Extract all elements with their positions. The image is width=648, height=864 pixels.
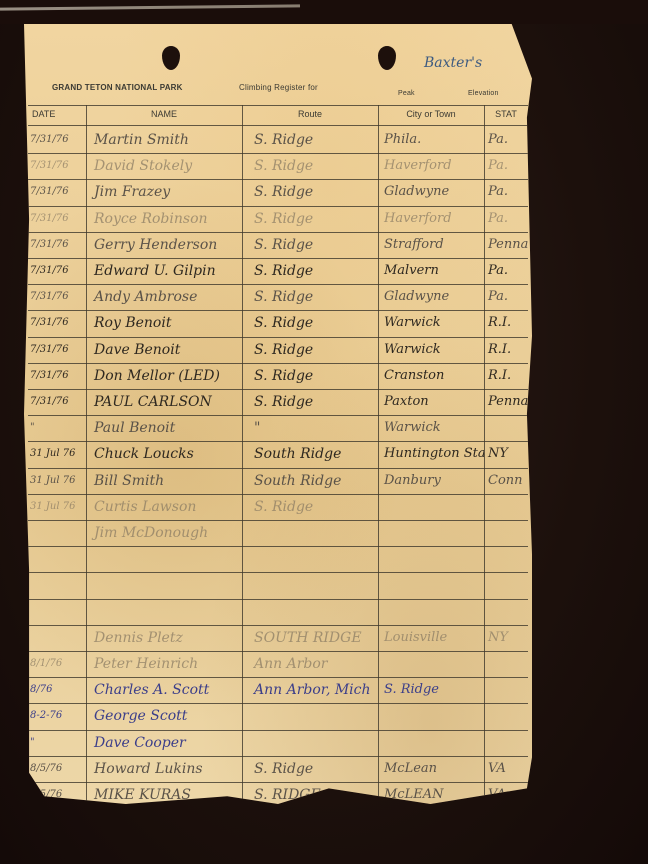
cell-city: Malvern xyxy=(380,260,484,282)
cell-route xyxy=(244,732,382,754)
header-bottom-line xyxy=(28,125,528,126)
cell-city: McLean xyxy=(380,758,484,780)
cell-route: S. Ridge xyxy=(244,758,382,780)
cell-state: R.I. xyxy=(486,339,532,361)
table-row: 7/31/76Edward U. GilpinS. RidgeMalvernPa… xyxy=(28,258,528,284)
table-row: 31 Jul 76Curtis LawsonS. Ridge xyxy=(28,494,528,520)
cell-city: Warwick xyxy=(380,339,484,361)
cell-state xyxy=(486,574,532,596)
table-row: 8/76Charles A. ScottAnn Arbor, MichS. Ri… xyxy=(28,677,528,703)
cell-city: Cranston xyxy=(380,365,484,387)
cell-city: Gladwyne xyxy=(380,181,484,203)
cell-state: Pa. xyxy=(486,286,532,308)
cell-date: " xyxy=(30,732,82,754)
cell-name: Jim Frazey xyxy=(88,181,242,203)
cell-state xyxy=(486,732,532,754)
table-row: 31 Jul 76Bill SmithSouth RidgeDanburyCon… xyxy=(28,468,528,494)
table-row: 7/31/76Roy BenoitS. RidgeWarwickR.I. xyxy=(28,310,528,336)
cell-city xyxy=(380,732,484,754)
cell-name: Chuck Loucks xyxy=(88,443,242,465)
cell-state: Pa. xyxy=(486,208,532,230)
cell-date: 7/31/76 xyxy=(30,312,82,334)
cell-city: Huntington Sta xyxy=(380,443,484,465)
park-title: GRAND TETON NATIONAL PARK xyxy=(52,83,183,92)
table-row: "Paul Benoit"Warwick xyxy=(28,415,528,441)
cell-name: George Scott xyxy=(88,705,242,727)
cell-route: S. Ridge xyxy=(244,365,382,387)
peak-label: Peak xyxy=(398,90,415,97)
punch-hole-icon xyxy=(162,46,180,70)
cell-date: 31 Jul 76 xyxy=(30,443,82,465)
cell-route: " xyxy=(244,417,382,439)
cell-name: Paul Benoit xyxy=(88,417,242,439)
cell-date: 8/5/76 xyxy=(30,758,82,780)
table-row: 8-2-76George Scott xyxy=(28,703,528,729)
cell-state: NY xyxy=(486,627,532,649)
row-divider xyxy=(28,808,528,809)
cell-route: South Ridge xyxy=(244,443,382,465)
cell-route: S. Ridge xyxy=(244,181,382,203)
register-label: Climbing Register for xyxy=(239,83,318,92)
cell-state xyxy=(486,705,532,727)
cell-city xyxy=(380,548,484,570)
cell-date: 7/31/76 xyxy=(30,365,82,387)
table-row: 7/31/76Andy AmbroseS. RidgeGladwynePa. xyxy=(28,284,528,310)
cell-date: 7/31/76 xyxy=(30,260,82,282)
cell-date: 7/31/76 xyxy=(30,234,82,256)
cell-name xyxy=(88,548,242,570)
cell-date: 8-2-76 xyxy=(30,705,82,727)
cell-state: Conn xyxy=(486,470,532,492)
header-name: NAME xyxy=(86,109,242,119)
cell-route xyxy=(244,522,382,544)
cell-city: McLEAN xyxy=(380,784,484,806)
cell-date: 7/31/76 xyxy=(30,286,82,308)
cell-city xyxy=(380,705,484,727)
cell-state: VA xyxy=(486,758,532,780)
cell-route: S. Ridge xyxy=(244,312,382,334)
cell-date: 7/31/76 xyxy=(30,339,82,361)
cell-route: Ann Arbor, Mich xyxy=(244,679,382,701)
table-row: 8/5/76MIKE KURASS. RIDGEMcLEANVA xyxy=(28,782,528,808)
table-row: 8/5/76Howard LukinsS. RidgeMcLeanVA xyxy=(28,756,528,782)
cell-city xyxy=(380,574,484,596)
cell-route: South Ridge xyxy=(244,470,382,492)
elevation-label: Elevation xyxy=(468,90,499,97)
cell-name: Royce Robinson xyxy=(88,208,242,230)
cell-name: David Stokely xyxy=(88,155,242,177)
cell-city: Warwick xyxy=(380,312,484,334)
cell-date xyxy=(30,601,82,623)
cell-date: 7/31/76 xyxy=(30,129,82,151)
cell-name: Charles A. Scott xyxy=(88,679,242,701)
peak-name-handwritten: Baxter's xyxy=(424,55,482,71)
table-row: 7/31/76David StokelyS. RidgeHaverfordPa. xyxy=(28,153,528,179)
cell-city: Warwick xyxy=(380,417,484,439)
header-route: Route xyxy=(242,109,378,119)
cell-name: Martin Smith xyxy=(88,129,242,151)
cell-name: Roy Benoit xyxy=(88,312,242,334)
cell-name xyxy=(88,574,242,596)
cell-state xyxy=(486,653,532,675)
cell-name: Gerry Henderson xyxy=(88,234,242,256)
cell-route: S. Ridge xyxy=(244,391,382,413)
cell-route xyxy=(244,548,382,570)
cell-city: Paxton xyxy=(380,391,484,413)
cell-state: R.I. xyxy=(486,365,532,387)
cell-state xyxy=(486,548,532,570)
cell-date xyxy=(30,627,82,649)
cell-state: Pa. xyxy=(486,260,532,282)
cell-state: Pa. xyxy=(486,155,532,177)
table-row: Jim McDonough xyxy=(28,520,528,546)
cell-date xyxy=(30,522,82,544)
cell-route xyxy=(244,601,382,623)
cell-route: S. Ridge xyxy=(244,260,382,282)
cell-city xyxy=(380,496,484,518)
cell-route: S. RIDGE xyxy=(244,784,382,806)
table-row: 7/31/76PAUL CARLSONS. RidgePaxtonPenna xyxy=(28,389,528,415)
cell-route: S. Ridge xyxy=(244,129,382,151)
cell-name xyxy=(88,601,242,623)
cell-name: Peter Heinrich xyxy=(88,653,242,675)
cell-city: S. Ridge xyxy=(380,679,484,701)
loose-thread xyxy=(0,4,300,10)
cell-name: Andy Ambrose xyxy=(88,286,242,308)
cell-route: S. Ridge xyxy=(244,496,382,518)
cell-city: Danbury xyxy=(380,470,484,492)
cell-name: Dave Benoit xyxy=(88,339,242,361)
cell-state xyxy=(486,522,532,544)
cell-state xyxy=(486,496,532,518)
cell-city: Louisville xyxy=(380,627,484,649)
cell-city: Strafford xyxy=(380,234,484,256)
climbing-register-sheet: GRAND TETON NATIONAL PARK Climbing Regis… xyxy=(24,24,532,804)
table-row: 7/31/76Don Mellor (LED)S. RidgeCranstonR… xyxy=(28,363,528,389)
cell-route: S. Ridge xyxy=(244,234,382,256)
cell-city xyxy=(380,653,484,675)
cell-name: Edward U. Gilpin xyxy=(88,260,242,282)
cell-state: Penna xyxy=(486,234,532,256)
cell-date: 7/31/76 xyxy=(30,208,82,230)
cell-name: Bill Smith xyxy=(88,470,242,492)
cell-city: Haverford xyxy=(380,208,484,230)
cell-date xyxy=(30,574,82,596)
cell-date: " xyxy=(30,417,82,439)
table-row: "Dave Cooper xyxy=(28,730,528,756)
table-row xyxy=(28,599,528,625)
cell-route: S. Ridge xyxy=(244,208,382,230)
cell-state xyxy=(486,417,532,439)
cell-name: Jim McDonough xyxy=(88,522,242,544)
register-table: DATE NAME Route City or Town STAT 7/31/7… xyxy=(28,105,528,805)
cell-city: Gladwyne xyxy=(380,286,484,308)
table-row: 31 Jul 76Chuck LoucksSouth RidgeHuntingt… xyxy=(28,441,528,467)
table-row: 8/1/76Peter HeinrichAnn Arbor xyxy=(28,651,528,677)
cell-state: Penna xyxy=(486,391,532,413)
cell-name: Howard Lukins xyxy=(88,758,242,780)
header-date: DATE xyxy=(28,109,90,119)
table-row: 7/31/76Dave BenoitS. RidgeWarwickR.I. xyxy=(28,337,528,363)
cell-route: SOUTH RIDGE xyxy=(244,627,382,649)
cell-city: Haverford xyxy=(380,155,484,177)
table-row: Dennis PletzSOUTH RIDGELouisvilleNY xyxy=(28,625,528,651)
cell-name: Dennis Pletz xyxy=(88,627,242,649)
table-row: 7/31/76Jim FrazeyS. RidgeGladwynePa. xyxy=(28,179,528,205)
cell-date: 31 Jul 76 xyxy=(30,470,82,492)
cell-date: 31 Jul 76 xyxy=(30,496,82,518)
cell-name: Don Mellor (LED) xyxy=(88,365,242,387)
cell-name: Dave Cooper xyxy=(88,732,242,754)
table-row: 7/31/76Gerry HendersonS. RidgeStraffordP… xyxy=(28,232,528,258)
cell-route xyxy=(244,574,382,596)
cell-state: R.I. xyxy=(486,312,532,334)
cell-date: 8/5/76 xyxy=(30,784,82,806)
cell-state: Pa. xyxy=(486,181,532,203)
cell-date: 7/31/76 xyxy=(30,155,82,177)
header-city: City or Town xyxy=(378,109,484,119)
cell-city xyxy=(380,601,484,623)
table-row xyxy=(28,546,528,572)
cell-route: S. Ridge xyxy=(244,286,382,308)
cell-city xyxy=(380,522,484,544)
cell-route: S. Ridge xyxy=(244,155,382,177)
cell-date: 7/31/76 xyxy=(30,181,82,203)
cell-date: 8/1/76 xyxy=(30,653,82,675)
cell-name: Curtis Lawson xyxy=(88,496,242,518)
table-row: 7/31/76Martin SmithS. RidgePhila.Pa. xyxy=(28,127,528,153)
cell-state: Pa. xyxy=(486,129,532,151)
cell-date xyxy=(30,548,82,570)
cell-date: 8/76 xyxy=(30,679,82,701)
cell-state: NY xyxy=(486,443,532,465)
cell-route xyxy=(244,705,382,727)
cell-state: VA xyxy=(486,784,532,806)
cell-state xyxy=(486,679,532,701)
cell-date: 7/31/76 xyxy=(30,391,82,413)
header-state: STAT xyxy=(484,109,528,119)
cell-route: S. Ridge xyxy=(244,339,382,361)
table-row: 7/31/76Royce RobinsonS. RidgeHaverfordPa… xyxy=(28,206,528,232)
cell-name: PAUL CARLSON xyxy=(88,391,242,413)
cell-route: Ann Arbor xyxy=(244,653,382,675)
header-top-line xyxy=(28,105,528,106)
table-row xyxy=(28,572,528,598)
cell-name: MIKE KURAS xyxy=(88,784,242,806)
cloth-background xyxy=(0,0,648,24)
cell-city: Phila. xyxy=(380,129,484,151)
cell-state xyxy=(486,601,532,623)
punch-hole-icon xyxy=(378,46,396,70)
